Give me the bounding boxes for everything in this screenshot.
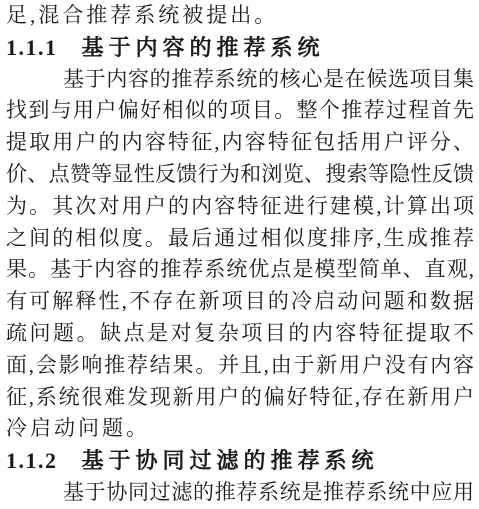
section-heading-1-1-1: 1.1.1基于内容的推荐系统 xyxy=(6,32,474,64)
text-line: 找到与用户偏好相似的项目。整个推荐过程首先 xyxy=(6,95,474,127)
text-line: 面,会影响推荐结果。并且,由于新用户没有内容 xyxy=(6,350,474,382)
text-line: 疏问题。缺点是对复杂项目的内容特征提取不 xyxy=(6,318,474,350)
section-number: 1.1.2 xyxy=(6,448,58,473)
document-page: 足,混合推荐系统被提出。 1.1.1基于内容的推荐系统 基于内容的推荐系统的核心… xyxy=(0,0,479,509)
text-line: 征,系统很难发现新用户的偏好特征,存在新用户 xyxy=(6,382,474,414)
section-title: 基于协同过滤的推荐系统 xyxy=(82,448,379,473)
text-line: 冷启动问题。 xyxy=(6,413,474,445)
text-line: 提取用户的内容特征,内容特征包括用户评分、 xyxy=(6,127,474,159)
text-line: 果。基于内容的推荐系统优点是模型简单、直观, xyxy=(6,254,474,286)
section-title: 基于内容的推荐系统 xyxy=(82,35,325,60)
section-heading-1-1-2: 1.1.2基于协同过滤的推荐系统 xyxy=(6,445,474,477)
text-line: 为。其次对用户的内容特征进行建模,计算出项 xyxy=(6,191,474,223)
text-line: 之间的相似度。最后通过相似度排序,生成推荐 xyxy=(6,223,474,255)
text-line: 价、点赞等显性反馈行为和浏览、搜索等隐性反馈 xyxy=(6,159,474,191)
text-line: 基于内容的推荐系统的核心是在候选项目集 xyxy=(6,64,474,96)
text-line: 足,混合推荐系统被提出。 xyxy=(6,0,474,32)
text-line: 基于协同过滤的推荐系统是推荐系统中应用 xyxy=(6,477,474,509)
text-line: 有可解释性,不存在新项目的冷启动问题和数据 xyxy=(6,286,474,318)
section-number: 1.1.1 xyxy=(6,35,58,60)
